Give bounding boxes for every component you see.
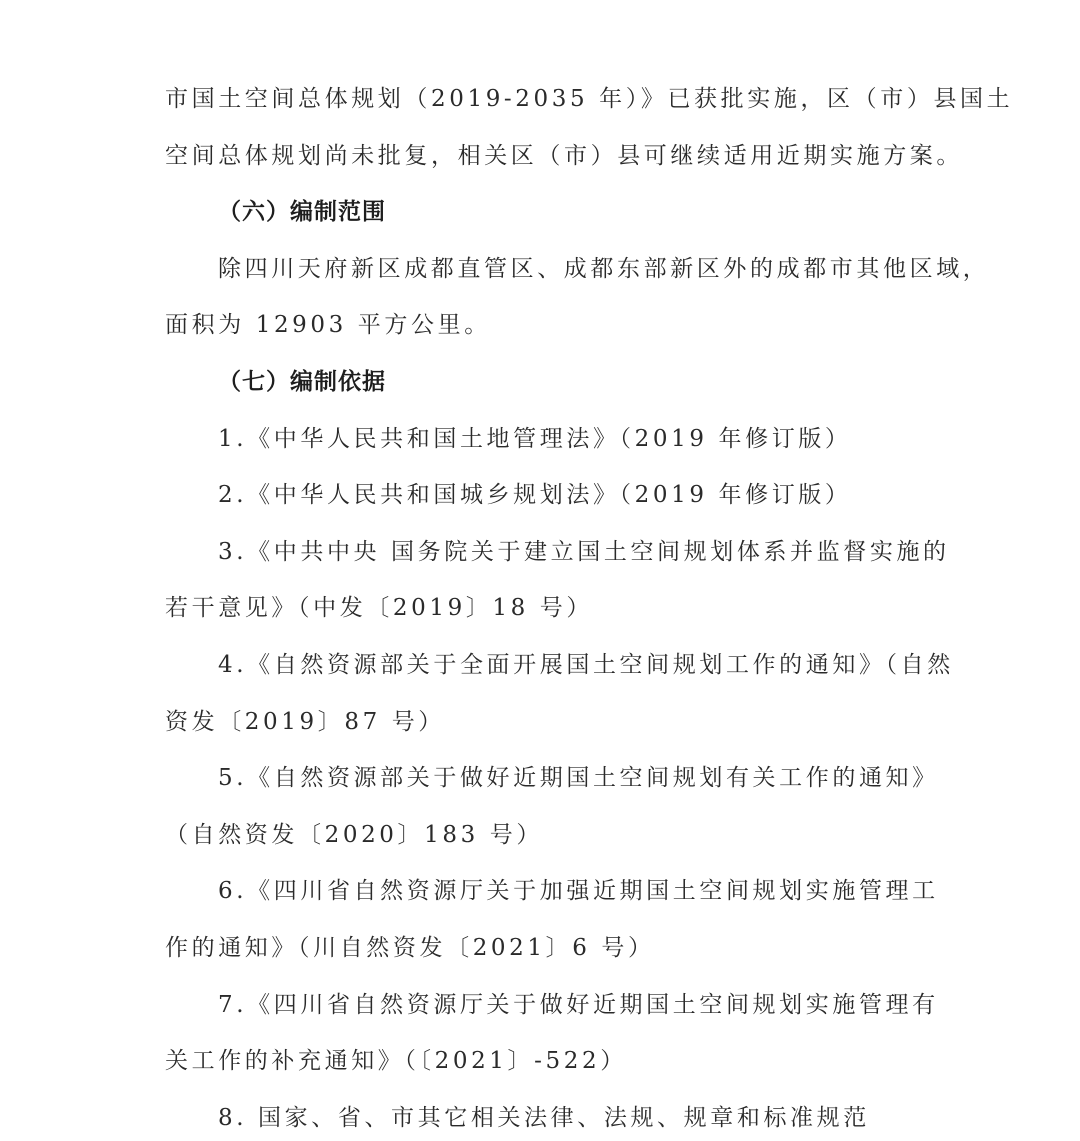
list-item-line: 作的通知》（川自然资发〔2021〕6 号）	[165, 920, 921, 977]
basis-list-item: 5.《自然资源部关于做好近期国土空间规划有关工作的通知》 （自然资发〔2020〕…	[165, 750, 921, 863]
basis-list-item: 3.《中共中央 国务院关于建立国土空间规划体系并监督实施的 若干意见》（中发〔2…	[165, 524, 921, 637]
section-scope: （六）编制范围 除四川天府新区成都直管区、成都东部新区外的成都市其他区域， 面积…	[165, 184, 921, 354]
section-basis: （七）编制依据 1.《中华人民共和国土地管理法》（2019 年修订版） 2.《中…	[165, 354, 921, 1141]
basis-list-item: 1.《中华人民共和国土地管理法》（2019 年修订版）	[165, 411, 921, 468]
intro-paragraph: 市国土空间总体规划（2019-2035 年）》已获批实施，区（市）县国土 空间总…	[165, 71, 921, 184]
list-item-line: 6.《四川省自然资源厅关于加强近期国土空间规划实施管理工	[165, 863, 921, 920]
list-item-line: 关工作的补充通知》（〔2021〕-522）	[165, 1033, 921, 1090]
paragraph-line: 除四川天府新区成都直管区、成都东部新区外的成都市其他区域，	[165, 241, 921, 298]
list-item-line: 1.《中华人民共和国土地管理法》（2019 年修订版）	[165, 411, 921, 468]
list-item-line: 8. 国家、省、市其它相关法律、法规、规章和标准规范	[165, 1090, 921, 1141]
basis-list-item: 4.《自然资源部关于全面开展国土空间规划工作的通知》（自然 资发〔2019〕87…	[165, 637, 921, 750]
list-item-line: 2.《中华人民共和国城乡规划法》（2019 年修订版）	[165, 467, 921, 524]
list-item-line: 5.《自然资源部关于做好近期国土空间规划有关工作的通知》	[165, 750, 921, 807]
basis-list-item: 2.《中华人民共和国城乡规划法》（2019 年修订版）	[165, 467, 921, 524]
paragraph-line: 面积为 12903 平方公里。	[165, 297, 921, 354]
document-page: 市国土空间总体规划（2019-2035 年）》已获批实施，区（市）县国土 空间总…	[165, 71, 921, 1141]
basis-list-item: 6.《四川省自然资源厅关于加强近期国土空间规划实施管理工 作的通知》（川自然资发…	[165, 863, 921, 976]
list-item-line: 4.《自然资源部关于全面开展国土空间规划工作的通知》（自然	[165, 637, 921, 694]
section-heading-basis: （七）编制依据	[165, 354, 921, 411]
basis-list-item: 8. 国家、省、市其它相关法律、法规、规章和标准规范	[165, 1090, 921, 1141]
basis-list-item: 7.《四川省自然资源厅关于做好近期国土空间规划实施管理有 关工作的补充通知》（〔…	[165, 977, 921, 1090]
list-item-line: 若干意见》（中发〔2019〕18 号）	[165, 580, 921, 637]
list-item-line: 7.《四川省自然资源厅关于做好近期国土空间规划实施管理有	[165, 977, 921, 1034]
list-item-line: 3.《中共中央 国务院关于建立国土空间规划体系并监督实施的	[165, 524, 921, 581]
list-item-line: 资发〔2019〕87 号）	[165, 694, 921, 751]
list-item-line: （自然资发〔2020〕183 号）	[165, 807, 921, 864]
paragraph-line: 空间总体规划尚未批复，相关区（市）县可继续适用近期实施方案。	[165, 128, 921, 185]
section-heading-scope: （六）编制范围	[165, 184, 921, 241]
paragraph-line: 市国土空间总体规划（2019-2035 年）》已获批实施，区（市）县国土	[165, 71, 921, 128]
